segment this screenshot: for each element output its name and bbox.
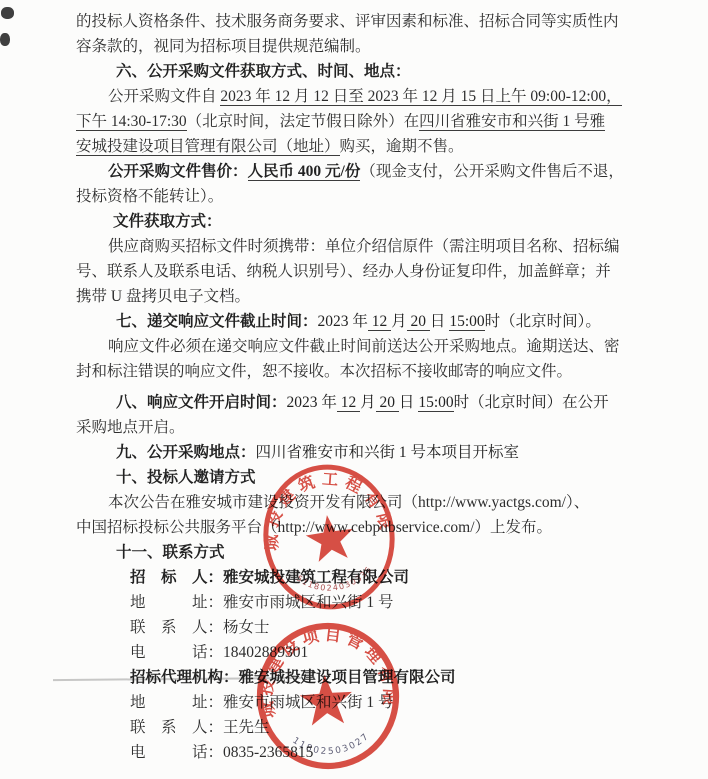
doc-line: 投标资格不能转让）。 bbox=[76, 184, 662, 209]
seal-registration-number: 5118024030336 bbox=[294, 563, 376, 597]
doc-line: 的投标人资格条件、技术服务商务要求、评审因素和标准、招标合同等实质性内 bbox=[76, 9, 662, 34]
scanned-tender-document-page: { "doc": { "l1": ["的投标人资格条件、技术服务商务要求、评审因… bbox=[0, 0, 708, 779]
section-8-opening-line: 八、响应文件开启时间：2023 年 12 月 20 日 15:00时（北京时间）… bbox=[76, 390, 662, 415]
scan-speck bbox=[1, 7, 14, 19]
scan-speck bbox=[0, 33, 10, 46]
file-obtain-method-heading: 文件获取方式： bbox=[76, 209, 662, 234]
doc-line: 公开采购文件自 2023 年 12 月 12 日至 2023 年 12 月 15… bbox=[76, 84, 662, 109]
doc-line: 下午 14:30-17:30（北京时间，法定节假日除外）在四川省雅安市和兴街 1… bbox=[76, 109, 662, 134]
doc-line: 供应商购买招标文件时须携带：单位介绍信原件（需注明项目名称、招标编 bbox=[76, 234, 662, 259]
seal-star-icon bbox=[303, 512, 356, 563]
doc-line: 采购地点开启。 bbox=[76, 415, 662, 440]
company-seal-agency: 雅安城投建设项目管理有限公司 5118025030279 bbox=[253, 620, 403, 772]
seal-star-icon bbox=[298, 673, 354, 726]
doc-line: 响应文件必须在递交响应文件截止时间前送达公开采购地点。逾期送达、密 bbox=[76, 334, 662, 359]
section-7-deadline-line: 七、递交响应文件截止时间：2023 年 12 月 20 日 15:00时（北京时… bbox=[76, 309, 662, 334]
doc-line: 容条款的，视同为招标项目提供规范编制。 bbox=[76, 34, 662, 59]
company-seal-bidder: 雅安城投建筑工程有限公司 5118024030336 bbox=[260, 462, 398, 612]
doc-line: 携带 U 盘拷贝电子文档。 bbox=[76, 284, 662, 309]
doc-line: 安城投建设项目管理有限公司（地址）购买，逾期不售。 bbox=[76, 134, 662, 159]
svg-text:5118024030336: 5118024030336 bbox=[294, 563, 376, 597]
section-6-heading: 六、公开采购文件获取方式、时间、地点： bbox=[76, 59, 662, 84]
doc-line: 号、联系人及联系电话、纳税人识别号）、经办人身份证复印件，加盖鲜章；并 bbox=[76, 259, 662, 284]
doc-price-line: 公开采购文件售价：人民币 400 元/份（现金支付，公开采购文件售后不退， bbox=[76, 159, 662, 184]
doc-line: 封和标注错误的响应文件，恕不接收。本次招标不接收邮寄的响应文件。 bbox=[76, 359, 662, 384]
